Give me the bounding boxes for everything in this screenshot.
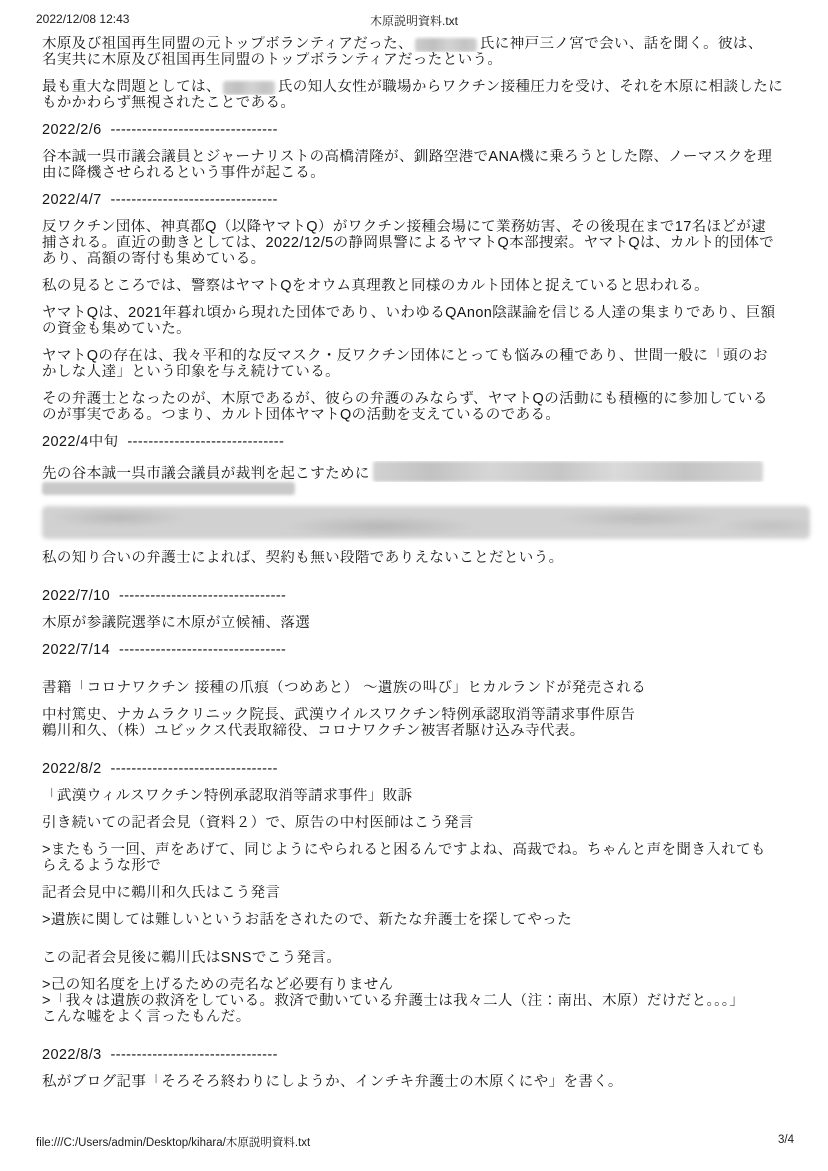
paragraph: 木原が参議院選挙に木原が立候補、落選 <box>42 615 814 631</box>
blank-line <box>42 337 814 348</box>
blank-line <box>42 450 814 461</box>
text-segment: 木原及び祖国再生同盟の元トップボランティアだった、 <box>42 36 413 52</box>
paragraph: 木原及び祖国再生同盟の元トップボランティアだった、氏に神戸三ノ宮で会い、話を聞く… <box>42 36 814 68</box>
blank-line <box>42 577 814 588</box>
text-line: 私の知り合いの弁護士によれば、契約も無い段階でありえないことだという。 <box>42 550 814 566</box>
blank-line <box>42 658 814 669</box>
blank-line <box>42 901 814 912</box>
redacted-line <box>42 482 295 495</box>
paragraph: この記者会見後に鵜川氏はSNSでこう発言。 <box>42 950 814 966</box>
text-line: のが事実である。つまり、カルト団体ヤマトQの活動を支えているのである。 <box>42 407 814 423</box>
text-line: 私がブログ記事「そろそろ終わりにしようか、インチキ弁護士の木原くにや」を書く。 <box>42 1074 814 1090</box>
text-segment: >己の知名度を上げるための売名など必要有りません <box>42 977 394 993</box>
text-segment: 鵜川和久、（株）ユビックス代表取締役、コロナワクチン被害者駆け込み寺代表。 <box>42 723 585 739</box>
text-segment: 私がブログ記事「そろそろ終わりにしようか、インチキ弁護士の木原くにや」を書く。 <box>42 1074 623 1090</box>
blank-line <box>42 928 814 939</box>
blank-line <box>42 68 814 79</box>
text-segment: 私の知り合いの弁護士によれば、契約も無い段階でありえないことだという。 <box>42 550 564 566</box>
text-line: >遺族に関しては難しいというお話をされたので、新たな弁護士を探してやった <box>42 912 814 928</box>
text-segment: 先の谷本誠一呉市議会議員が裁判を起こすために <box>42 466 370 482</box>
blank-line <box>42 777 814 788</box>
blank-line <box>42 181 814 192</box>
redacted-text <box>415 38 477 52</box>
blank-line <box>42 495 814 506</box>
text-segment: のが事実である。つまり、カルト団体ヤマトQの活動を支えているのである。 <box>42 407 560 423</box>
blank-line <box>42 208 814 219</box>
text-segment: 私の見るところでは、警察はヤマトQをオウム真理教と同様のカルト団体と捉えていると… <box>42 278 709 294</box>
paragraph: 「武漢ウィルスワクチン特例承認取消等請求事件」敗訴 <box>42 788 814 804</box>
paragraph: 最も重大な問題としては、氏の知人女性が職場からワクチン接種圧力を受け、それを木原… <box>42 79 814 111</box>
text-line: かしな人達」という印象を与え続けている。 <box>42 364 814 380</box>
date-separator: 2022/7/14 ------------------------------… <box>42 642 814 658</box>
date-separator: 2022/4中旬 ------------------------------ <box>42 434 814 450</box>
text-segment: >「我々は遺族の救済をしている。救済で動いている弁護士は我々二人（注：南出、木原… <box>42 993 744 1009</box>
paragraph: 私の知り合いの弁護士によれば、契約も無い段階でありえないことだという。 <box>42 550 814 566</box>
paragraph: 中村篤史、ナカムラクリニック院長、武漢ウイルスワクチン特例承認取消等請求事件原告… <box>42 707 814 739</box>
text-line: >己の知名度を上げるための売名など必要有りません <box>42 977 814 993</box>
text-segment: ヤマトQの存在は、我々平和的な反マスク・反ワクチン団体にとっても悩みの種であり、… <box>42 348 768 364</box>
text-segment: こんな嘘をよく言ったもんだ。 <box>42 1009 251 1025</box>
text-segment: あり、高額の寄付も集めている。 <box>42 251 266 267</box>
paragraph: 私の見るところでは、警察はヤマトQをオウム真理教と同様のカルト団体と捉えていると… <box>42 278 814 294</box>
text-line: >「我々は遺族の救済をしている。救済で動いている弁護士は我々二人（注：南出、木原… <box>42 993 814 1009</box>
text-segment: の資金も集めていた。 <box>42 321 191 337</box>
paragraph: 私がブログ記事「そろそろ終わりにしようか、インチキ弁護士の木原くにや」を書く。 <box>42 1074 814 1090</box>
text-segment: 最も重大な問題としては、 <box>42 79 221 95</box>
text-line: 鵜川和久、（株）ユビックス代表取締役、コロナワクチン被害者駆け込み寺代表。 <box>42 723 814 739</box>
text-segment: >遺族に関しては難しいというお話をされたので、新たな弁護士を探してやった <box>42 912 572 928</box>
document-body: 木原及び祖国再生同盟の元トップボランティアだった、氏に神戸三ノ宮で会い、話を聞く… <box>42 36 814 1090</box>
blank-line <box>42 539 814 550</box>
text-line: 捕される。直近の動きとしては、2022/12/5の静岡県警によるヤマトQ本部捜索… <box>42 235 814 251</box>
text-line: その弁護士となったのが、木原であるが、彼らの弁護のみならず、ヤマトQの活動にも積… <box>42 391 814 407</box>
text-segment: この記者会見後に鵜川氏はSNSでこう発言。 <box>42 950 341 966</box>
redacted-text <box>373 461 763 482</box>
print-footer: file:///C:/Users/admin/Desktop/kihara/木原… <box>0 1134 828 1150</box>
text-line: こんな嘘をよく言ったもんだ。 <box>42 1009 814 1025</box>
blank-line <box>42 804 814 815</box>
date-separator: 2022/2/6 -------------------------------… <box>42 122 814 138</box>
date-separator: 2022/8/2 -------------------------------… <box>42 761 814 777</box>
text-segment: 氏に神戸三ノ宮で会い、話を聞く。彼は、 <box>480 36 763 52</box>
text-line: 木原及び祖国再生同盟の元トップボランティアだった、氏に神戸三ノ宮で会い、話を聞く… <box>42 36 814 52</box>
blank-line <box>42 939 814 950</box>
file-url: file:///C:/Users/admin/Desktop/kihara/木原… <box>36 1134 310 1150</box>
text-line: 最も重大な問題としては、氏の知人女性が職場からワクチン接種圧力を受け、それを木原… <box>42 79 814 95</box>
text-line: 書籍「コロナワクチン 接種の爪痕（つめあと） 〜遺族の叫び」ヒカルランドが発売さ… <box>42 680 814 696</box>
blank-line <box>42 566 814 577</box>
paragraph: 引き続いての記者会見（資料２）で、原告の中村医師はこう発言 <box>42 815 814 831</box>
text-line: ヤマトQは、2021年暮れ頃から現れた団体であり、いわゆるQAnon陰謀論を信じ… <box>42 305 814 321</box>
text-segment: 中村篤史、ナカムラクリニック院長、武漢ウイルスワクチン特例承認取消等請求事件原告 <box>42 707 635 723</box>
date-separator: 2022/7/10 ------------------------------… <box>42 588 814 604</box>
text-segment: >またもう一回、声をあげて、同じようにやられると困るんですよね、高裁でね。ちゃん… <box>42 842 766 858</box>
text-line: >またもう一回、声をあげて、同じようにやられると困るんですよね、高裁でね。ちゃん… <box>42 842 814 858</box>
blank-line <box>42 696 814 707</box>
text-line: 反ワクチン団体、神真都Q（以降ヤマトQ）がワクチン接種会場にて業務妨害、その後現… <box>42 219 814 235</box>
paragraph: 書籍「コロナワクチン 接種の爪痕（つめあと） 〜遺族の叫び」ヒカルランドが発売さ… <box>42 680 814 696</box>
text-line: 「武漢ウィルスワクチン特例承認取消等請求事件」敗訴 <box>42 788 814 804</box>
text-segment: 反ワクチン団体、神真都Q（以降ヤマトQ）がワクチン接種会場にて業務妨害、その後現… <box>42 219 766 235</box>
blank-line <box>42 423 814 434</box>
text-line: 先の谷本誠一呉市議会議員が裁判を起こすために <box>42 461 814 482</box>
text-segment: 木原が参議院選挙に木原が立候補、落選 <box>42 615 310 631</box>
paragraph: >遺族に関しては難しいというお話をされたので、新たな弁護士を探してやった <box>42 912 814 928</box>
text-line: 引き続いての記者会見（資料２）で、原告の中村医師はこう発言 <box>42 815 814 831</box>
paragraph: 反ワクチン団体、神真都Q（以降ヤマトQ）がワクチン接種会場にて業務妨害、その後現… <box>42 219 814 267</box>
blank-line <box>42 631 814 642</box>
text-segment: その弁護士となったのが、木原であるが、彼らの弁護のみならず、ヤマトQの活動にも積… <box>42 391 768 407</box>
date-separator: 2022/8/3 -------------------------------… <box>42 1047 814 1063</box>
text-line: 由に降機させられるという事件が起こる。 <box>42 165 814 181</box>
redacted-text <box>223 81 275 95</box>
text-segment: 名実共に木原及び祖国再生同盟のトップボランティアだったという。 <box>42 52 502 68</box>
text-line: あり、高額の寄付も集めている。 <box>42 251 814 267</box>
blank-line <box>42 267 814 278</box>
text-segment: もかかわらず無視されたことである。 <box>42 95 295 111</box>
printed-text-document-page: { "colors": { "background": "#ffffff", "… <box>0 0 828 1171</box>
paragraph: 先の谷本誠一呉市議会議員が裁判を起こすために <box>42 461 814 482</box>
text-line: らえるような形で <box>42 858 814 874</box>
text-line: 私の見るところでは、警察はヤマトQをオウム真理教と同様のカルト団体と捉えていると… <box>42 278 814 294</box>
blank-line <box>42 874 814 885</box>
text-segment: 書籍「コロナワクチン 接種の爪痕（つめあと） 〜遺族の叫び」ヒカルランドが発売さ… <box>42 680 646 696</box>
blank-line <box>42 739 814 750</box>
text-line: の資金も集めていた。 <box>42 321 814 337</box>
blank-line <box>42 966 814 977</box>
text-segment: らえるような形で <box>42 858 161 874</box>
paragraph: ヤマトQは、2021年暮れ頃から現れた団体であり、いわゆるQAnon陰謀論を信じ… <box>42 305 814 337</box>
text-segment: 記者会見中に鵜川和久氏はこう発言 <box>42 885 280 901</box>
print-header: 2022/12/08 12:43 木原説明資料.txt <box>0 12 828 28</box>
text-segment: 「武漢ウィルスワクチン特例承認取消等請求事件」敗訴 <box>42 788 412 804</box>
page-number: 3/4 <box>778 1134 794 1146</box>
text-segment: ヤマトQは、2021年暮れ頃から現れた団体であり、いわゆるQAnon陰謀論を信じ… <box>42 305 775 321</box>
blank-line <box>42 750 814 761</box>
blank-line <box>42 1036 814 1047</box>
blank-line <box>42 111 814 122</box>
paragraph: 谷本誠一呉市議会議員とジャーナリストの高橋清隆が、釧路空港でANA機に乗ろうとし… <box>42 149 814 181</box>
blank-line <box>42 669 814 680</box>
blank-line <box>42 380 814 391</box>
text-segment: 谷本誠一呉市議会議員とジャーナリストの高橋清隆が、釧路空港でANA機に乗ろうとし… <box>42 149 772 165</box>
blank-line <box>42 1063 814 1074</box>
text-line: この記者会見後に鵜川氏はSNSでこう発言。 <box>42 950 814 966</box>
blank-line <box>42 831 814 842</box>
text-segment: 由に降機させられるという事件が起こる。 <box>42 165 325 181</box>
paragraph: >またもう一回、声をあげて、同じようにやられると困るんですよね、高裁でね。ちゃん… <box>42 842 814 874</box>
blank-line <box>42 1025 814 1036</box>
document-title: 木原説明資料.txt <box>0 12 828 29</box>
text-segment: かしな人達」という印象を与え続けている。 <box>42 364 340 380</box>
blank-line <box>42 604 814 615</box>
text-line: 木原が参議院選挙に木原が立候補、落選 <box>42 615 814 631</box>
paragraph: 記者会見中に鵜川和久氏はこう発言 <box>42 885 814 901</box>
text-segment: 氏の知人女性が職場からワクチン接種圧力を受け、それを木原に相談したに <box>278 79 783 95</box>
paragraph: ヤマトQの存在は、我々平和的な反マスク・反ワクチン団体にとっても悩みの種であり、… <box>42 348 814 380</box>
text-segment: 捕される。直近の動きとしては、2022/12/5の静岡県警によるヤマトQ本部捜索… <box>42 235 774 251</box>
redacted-block <box>42 506 810 539</box>
text-line: 中村篤史、ナカムラクリニック院長、武漢ウイルスワクチン特例承認取消等請求事件原告 <box>42 707 814 723</box>
text-line: 谷本誠一呉市議会議員とジャーナリストの高橋清隆が、釧路空港でANA機に乗ろうとし… <box>42 149 814 165</box>
paragraph: >己の知名度を上げるための売名など必要有りません>「我々は遺族の救済をしている。… <box>42 977 814 1025</box>
blank-line <box>42 138 814 149</box>
text-line: もかかわらず無視されたことである。 <box>42 95 814 111</box>
text-line: ヤマトQの存在は、我々平和的な反マスク・反ワクチン団体にとっても悩みの種であり、… <box>42 348 814 364</box>
text-segment: 引き続いての記者会見（資料２）で、原告の中村医師はこう発言 <box>42 815 474 831</box>
date-separator: 2022/4/7 -------------------------------… <box>42 192 814 208</box>
paragraph: その弁護士となったのが、木原であるが、彼らの弁護のみならず、ヤマトQの活動にも積… <box>42 391 814 423</box>
text-line: 記者会見中に鵜川和久氏はこう発言 <box>42 885 814 901</box>
blank-line <box>42 294 814 305</box>
text-line: 名実共に木原及び祖国再生同盟のトップボランティアだったという。 <box>42 52 814 68</box>
